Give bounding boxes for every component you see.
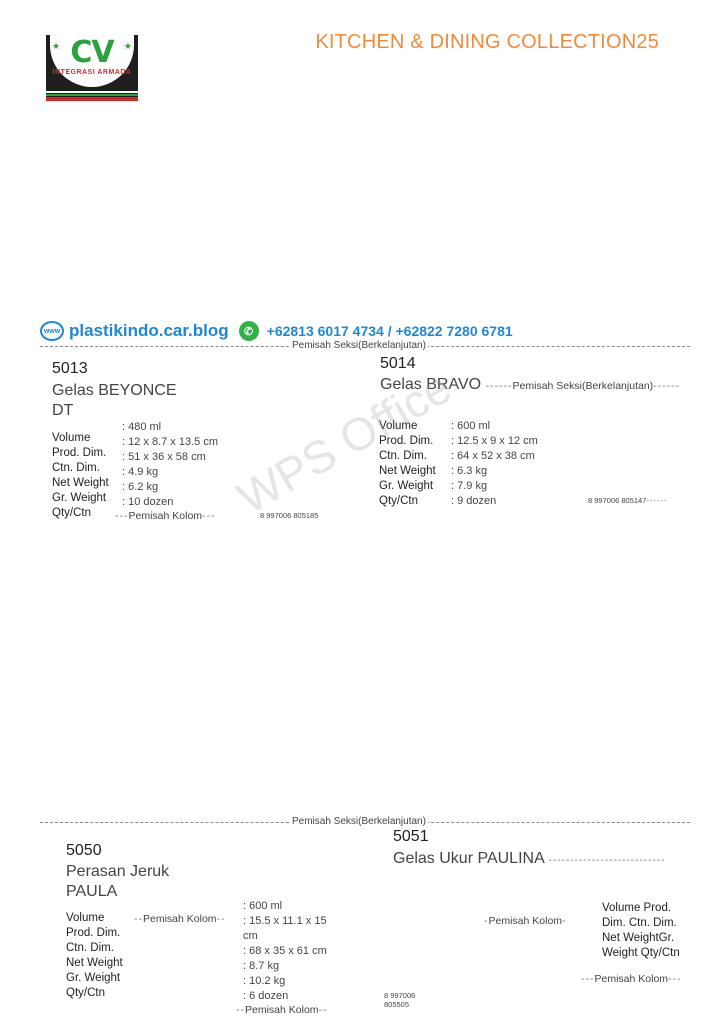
logo-text: CV <box>46 35 138 70</box>
product-code: 5050 <box>66 842 102 860</box>
whatsapp-icon: ✆ <box>239 321 259 341</box>
www-globe-icon: www <box>40 321 64 341</box>
spec-labels: VolumeProd. Dim.Ctn. Dim. Net WeightGr. … <box>66 911 123 1001</box>
company-logo: ★ ★ CV INTEGRASI ARMADA <box>46 35 138 101</box>
column-separator-label: --Pemisah Kolom-- <box>236 1004 328 1016</box>
product-code: 5051 <box>393 828 429 846</box>
column-separator-label: ---Pemisah Kolom--- <box>581 973 682 985</box>
product-name: Perasan Jeruk PAULA <box>66 862 169 902</box>
website-link[interactable]: plastikindo.car.blog <box>69 321 229 341</box>
spec-values: : 600 ml: 15.5 x 11.1 x 15cm : 68 x 35 x… <box>243 899 327 1004</box>
section-separator-label: Pemisah Seksi(Berkelanjutan) <box>290 816 428 827</box>
section-separator-label: Pemisah Seksi(Berkelanjutan) <box>290 340 428 351</box>
barcode-number: 8 997006 805505 <box>384 991 415 1009</box>
product-code: 5014 <box>380 355 416 373</box>
spec-values: : 600 ml: 12.5 x 9 x 12 cm: 64 x 52 x 38… <box>451 419 538 509</box>
page-title: KITCHEN & DINING COLLECTION25 <box>315 31 659 54</box>
phone-numbers: +62813 6017 4734 / +62822 7280 6781 <box>267 323 513 339</box>
product-name: Gelas Ukur PAULINA ---------------------… <box>393 849 665 871</box>
column-separator-label: --Pemisah Kolom-- <box>134 913 226 925</box>
spec-labels: VolumeProd. Dim.Ctn. Dim. Net WeightGr. … <box>52 431 109 521</box>
contact-bar: www plastikindo.car.blog ✆ +62813 6017 4… <box>40 321 513 341</box>
logo-subtext: INTEGRASI ARMADA <box>46 69 138 76</box>
barcode-number: 8 997006 805147------ <box>588 496 667 505</box>
product-code: 5013 <box>52 360 88 378</box>
spec-values: : 480 ml: 12 x 8.7 x 13.5 cm: 51 x 36 x … <box>122 420 218 510</box>
spec-labels: Volume Prod.Dim. Ctn. Dim. Net WeightGr.… <box>602 901 680 961</box>
column-separator-label: -Pemisah Kolom- <box>484 915 567 927</box>
column-separator-label: ---Pemisah Kolom--- <box>115 510 216 522</box>
product-name: Gelas BEYONCE DT <box>52 381 176 421</box>
